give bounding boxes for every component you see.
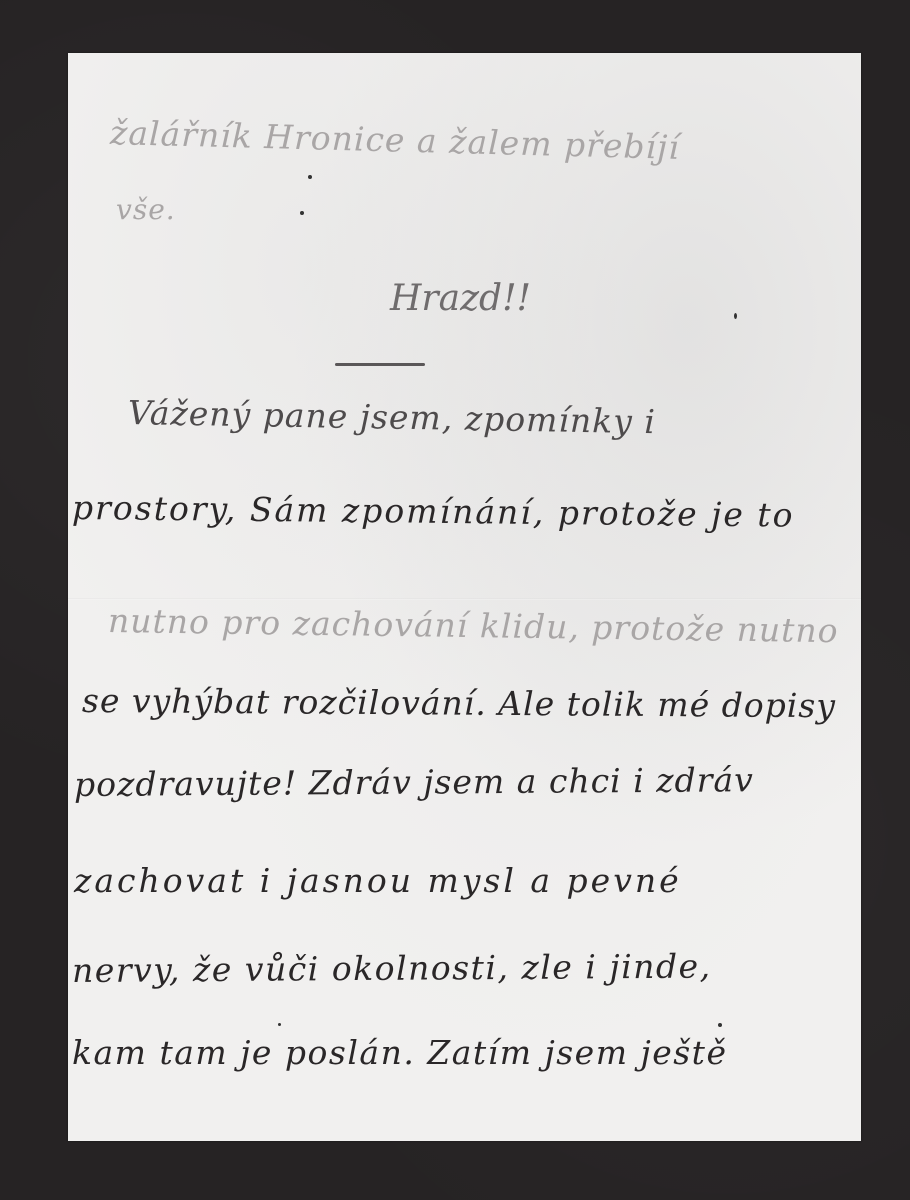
letter-page: žalářník Hronice a žalem přebíjí vše. Hr… (68, 53, 861, 1141)
handwritten-line-5: nutno pro zachování klidu, protože nutno (108, 601, 839, 650)
handwritten-line-10: kam tam je poslán. Zatím jsem ještě (72, 1033, 727, 1072)
handwritten-line-2: vše. (116, 193, 176, 226)
handwritten-line-6: se vyhýbat rozčilování. Ale tolik mé dop… (82, 681, 836, 725)
handwritten-line-9: nervy, že vůči okolnosti, zle i jinde, (72, 947, 712, 990)
ink-speck (718, 1023, 722, 1027)
paper-fold-line (68, 598, 861, 600)
handwritten-line-1: žalářník Hronice a žalem přebíjí (109, 113, 680, 167)
handwritten-line-7: pozdravujte! Zdráv jsem a chci i zdráv (74, 760, 754, 804)
ink-speck (308, 175, 312, 179)
handwritten-line-4: prostory, Sám zpomínání, protože je to (72, 488, 795, 535)
ink-speck (300, 211, 304, 215)
heading-underline (335, 363, 425, 366)
letter-heading: Hrazd!! (390, 278, 531, 319)
handwritten-line-3: Vážený pane jsem, zpomínky i (128, 393, 657, 441)
handwritten-line-8: zachovat i jasnou mysl a pevné (74, 861, 682, 900)
ink-speck (278, 1023, 281, 1026)
ink-speck (734, 313, 737, 319)
